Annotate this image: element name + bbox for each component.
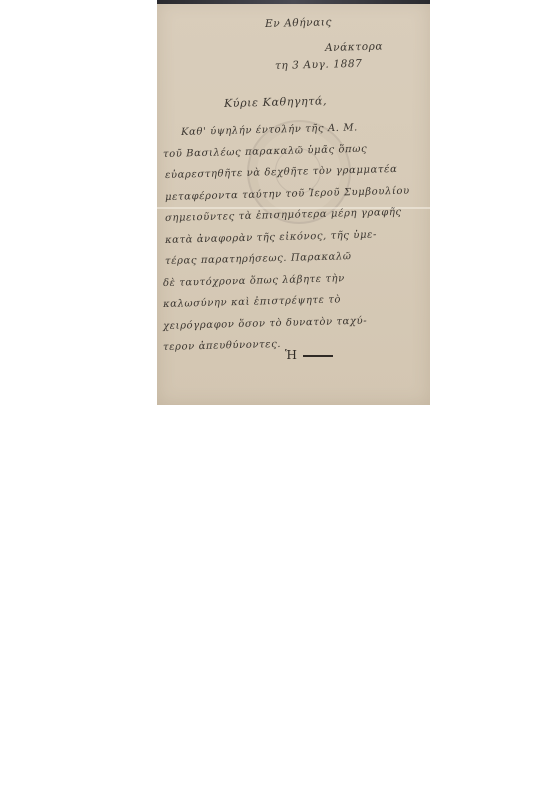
letter-date: τη 3 Αυγ. 1887 (275, 58, 363, 72)
signature-mark: Ἡ (285, 348, 297, 362)
scan-top-edge (157, 0, 430, 4)
body-line: καλωσύνην καὶ ἐπιστρέψητε τὸ (163, 294, 341, 310)
signature: Ἡ (285, 348, 333, 362)
place-line-1: Εν Αθήναις (265, 16, 332, 30)
body-line: χειρόγραφον ὅσον τὸ δυνατὸν ταχύ- (163, 315, 368, 331)
signature-flourish (303, 355, 333, 357)
place-line-2: Ανάκτορα (325, 40, 383, 54)
letter-page: Εν Αθήναις Ανάκτορα τη 3 Αυγ. 1887 Κύριε… (157, 0, 430, 405)
salutation: Κύριε Καθηγητά, (224, 94, 327, 110)
body-line: τέρας παρατηρήσεως. Παρακαλῶ (165, 251, 352, 267)
body-line: κατὰ ἀναφορὰν τῆς εἰκόνος, τῆς ὑμε- (165, 229, 377, 246)
body-line: δὲ ταυτόχρονα ὅπως λάβητε τὴν (163, 273, 345, 289)
body-line: τερον ἀπευθύνοντες. (163, 339, 281, 353)
